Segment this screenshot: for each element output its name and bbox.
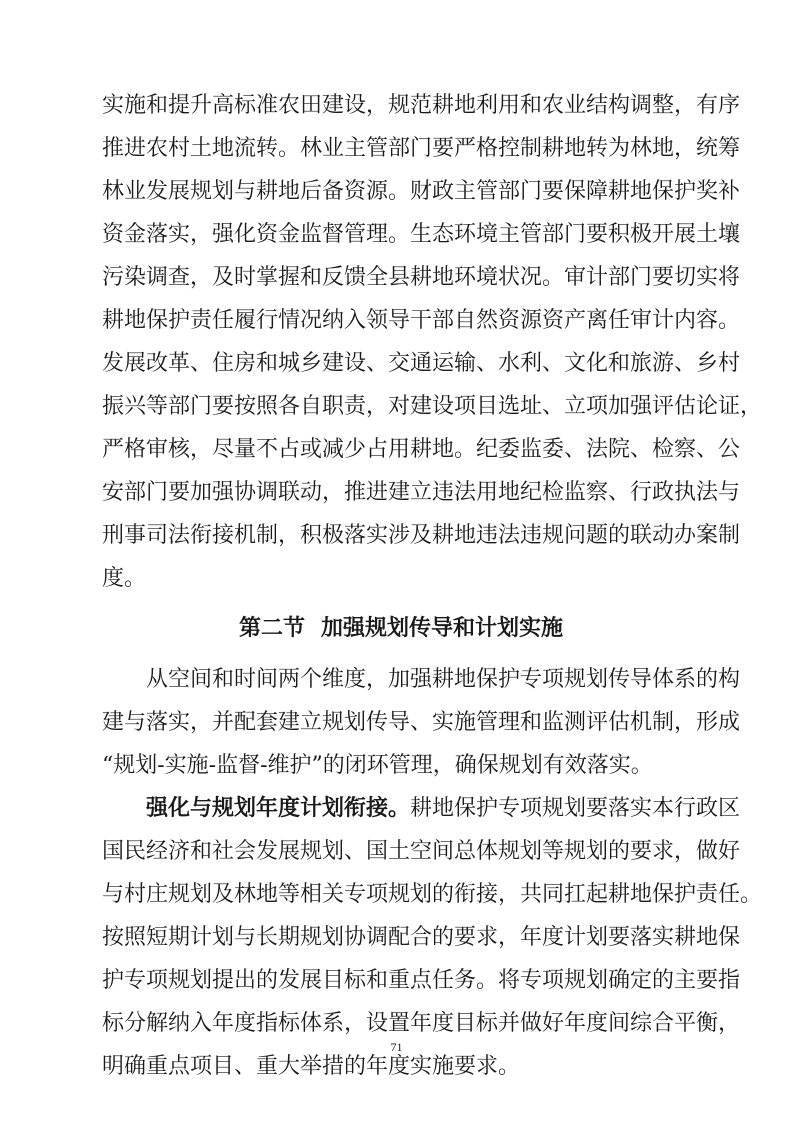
text-line: 标分解纳入年度指标体系，设置年度目标并做好年度间综合平衡， xyxy=(102,1002,700,1045)
text-line: 资金落实，强化资金监督管理。生态环境主管部门要积极开展土壤 xyxy=(102,213,700,256)
text-line: “规划-实施-监督-维护”的闭环管理，确保规划有效落实。 xyxy=(102,744,700,787)
paragraph-2: 从空间和时间两个维度，加强耕地保护专项规划传导体系的构 建与落实，并配套建立规划… xyxy=(102,658,700,787)
text-line: 与村庄规划及林地等相关专项规划的衔接，共同扛起耕地保护责任。 xyxy=(102,873,700,916)
text-line: 强化与规划年度计划衔接。耕地保护专项规划要落实本行政区 xyxy=(102,787,700,830)
paragraph-1: 实施和提升高标准农田建设，规范耕地利用和农业结构调整，有序 推进农村土地流转。林… xyxy=(102,84,700,600)
text-line: 国民经济和社会发展规划、国土空间总体规划等规划的要求，做好 xyxy=(102,830,700,873)
document-page: 实施和提升高标准农田建设，规范耕地利用和农业结构调整，有序 推进农村土地流转。林… xyxy=(102,84,700,1088)
text-line: 耕地保护责任履行情况纳入领导干部自然资源资产离任审计内容。 xyxy=(102,299,700,342)
section-number: 第二节 xyxy=(239,616,305,641)
text-line: 推进农村土地流转。林业主管部门要严格控制耕地转为林地，统筹 xyxy=(102,127,700,170)
paragraph-lead-rest: 耕地保护专项规划要落实本行政区 xyxy=(410,796,740,821)
page-number: 71 xyxy=(0,1040,793,1055)
text-line: 安部门要加强协调联动，推进建立违法用地纪检监察、行政执法与 xyxy=(102,471,700,514)
text-line: 污染调查，及时掌握和反馈全县耕地环境状况。审计部门要切实将 xyxy=(102,256,700,299)
text-line: 度。 xyxy=(102,557,700,600)
text-line: 发展改革、住房和城乡建设、交通运输、水利、文化和旅游、乡村 xyxy=(102,342,700,385)
paragraph-lead-bold: 强化与规划年度计划衔接。 xyxy=(146,795,410,821)
text-line: 林业发展规划与耕地后备资源。财政主管部门要保障耕地保护奖补 xyxy=(102,170,700,213)
text-line: 护专项规划提出的发展目标和重点任务。将专项规划确定的主要指 xyxy=(102,959,700,1002)
text-line: 建与落实，并配套建立规划传导、实施管理和监测评估机制，形成 xyxy=(102,701,700,744)
text-line: 按照短期计划与长期规划协调配合的要求，年度计划要落实耕地保 xyxy=(102,916,700,959)
section-title: 加强规划传导和计划实施 xyxy=(321,616,563,641)
text-line: 从空间和时间两个维度，加强耕地保护专项规划传导体系的构 xyxy=(102,658,700,701)
text-line: 刑事司法衔接机制，积极落实涉及耕地违法违规问题的联动办案制 xyxy=(102,514,700,557)
section-heading: 第二节加强规划传导和计划实施 xyxy=(102,600,700,658)
text-line: 严格审核，尽量不占或减少占用耕地。纪委监委、法院、检察、公 xyxy=(102,428,700,471)
text-line: 振兴等部门要按照各自职责，对建设项目选址、立项加强评估论证， xyxy=(102,385,700,428)
text-line: 实施和提升高标准农田建设，规范耕地利用和农业结构调整，有序 xyxy=(102,84,700,127)
